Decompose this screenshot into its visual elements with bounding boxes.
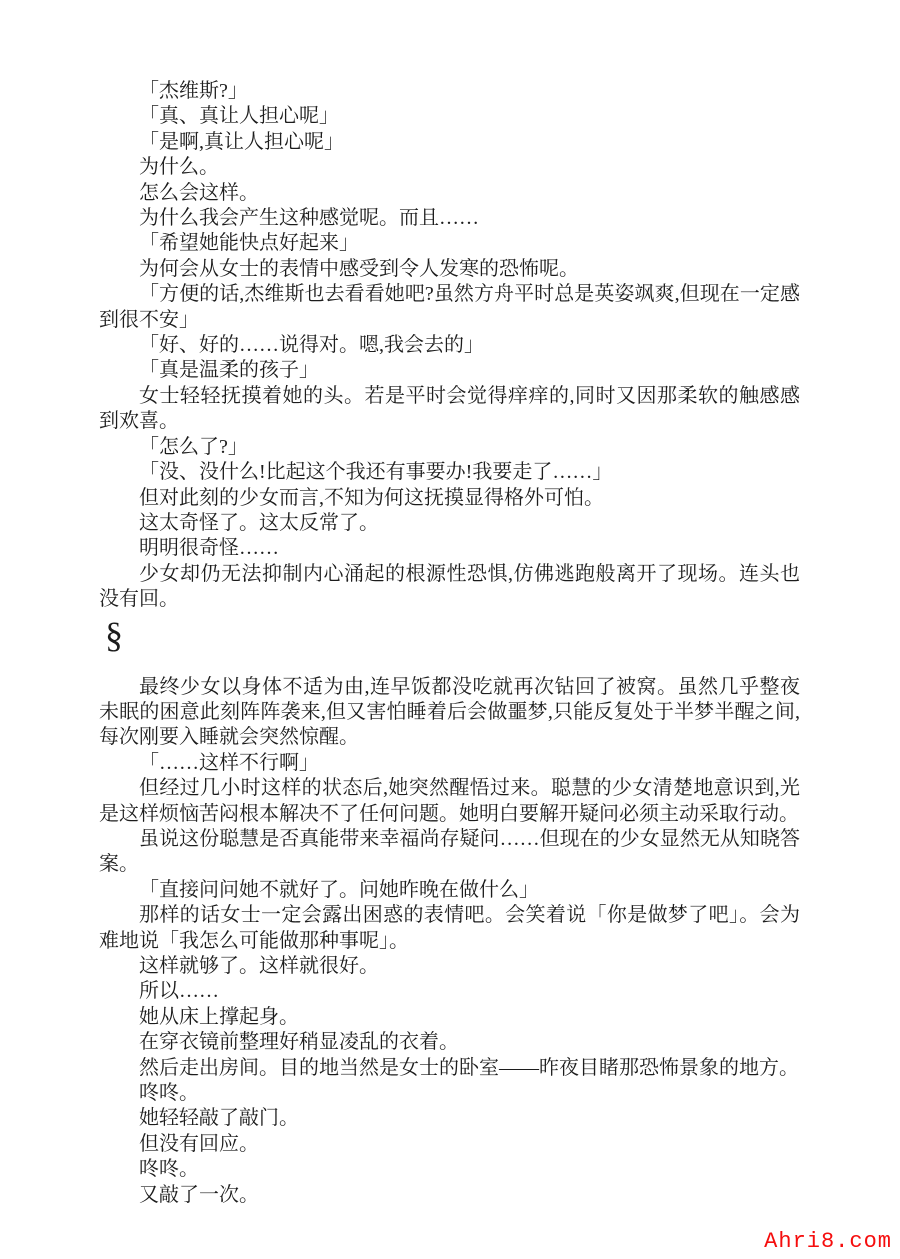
paragraph: 咚咚。 — [99, 1081, 800, 1106]
paragraph: 但经过几小时这样的状态后,她突然醒悟过来。聪慧的少女清楚地意识到,光是这样烦恼苦… — [99, 776, 800, 827]
paragraph: 为什么我会产生这种感觉呢。而且…… — [99, 206, 800, 231]
paragraph: 虽说这份聪慧是否真能带来幸福尚存疑问……但现在的少女显然无从知晓答案。 — [99, 827, 800, 878]
paragraph: 「没、没什么!比起这个我还有事要办!我要走了……」 — [99, 460, 800, 485]
watermark: Ahri8.com — [764, 1231, 892, 1253]
paragraph: 少女却仍无法抑制内心涌起的根源性恐惧,仿佛逃跑般离开了现场。连头也没有回。 — [99, 562, 800, 613]
paragraph: 「……这样不行啊」 — [99, 751, 800, 776]
paragraph: 然后走出房间。目的地当然是女士的卧室——昨夜目睹那恐怖景象的地方。 — [99, 1056, 800, 1081]
paragraph: 「真是温柔的孩子」 — [99, 358, 800, 383]
paragraph: 她轻轻敲了敲门。 — [99, 1106, 800, 1131]
paragraph: 她从床上撑起身。 — [99, 1005, 800, 1030]
paragraph: 「好、好的……说得对。嗯,我会去的」 — [99, 333, 800, 358]
paragraph: 「杰维斯?」 — [99, 79, 800, 104]
paragraph: 「希望她能快点好起来」 — [99, 231, 800, 256]
paragraph: 怎么会这样。 — [99, 181, 800, 206]
novel-page: 「杰维斯?」「真、真让人担心呢」「是啊,真让人担心呢」为什么。怎么会这样。为什么… — [0, 0, 900, 1259]
paragraph: 最终少女以身体不适为由,连早饭都没吃就再次钻回了被窝。虽然几乎整夜未眠的困意此刻… — [99, 675, 800, 751]
paragraph: 「是啊,真让人担心呢」 — [99, 130, 800, 155]
novel-text: 「杰维斯?」「真、真让人担心呢」「是啊,真让人担心呢」为什么。怎么会这样。为什么… — [99, 79, 800, 1208]
paragraph: 咚咚。 — [99, 1157, 800, 1182]
section-break-symbol: § — [99, 613, 800, 657]
paragraph: 「方便的话,杰维斯也去看看她吧?虽然方舟平时总是英姿飒爽,但现在一定感到很不安」 — [99, 282, 800, 333]
paragraph: 又敲了一次。 — [99, 1183, 800, 1208]
paragraph: 这太奇怪了。这太反常了。 — [99, 511, 800, 536]
paragraph: 为什么。 — [99, 155, 800, 180]
paragraph: 「真、真让人担心呢」 — [99, 104, 800, 129]
paragraph: 为何会从女士的表情中感受到令人发寒的恐怖呢。 — [99, 257, 800, 282]
paragraph: 明明很奇怪…… — [99, 536, 800, 561]
section-2: 最终少女以身体不适为由,连早饭都没吃就再次钻回了被窝。虽然几乎整夜未眠的困意此刻… — [99, 675, 800, 1209]
section-1: 「杰维斯?」「真、真让人担心呢」「是啊,真让人担心呢」为什么。怎么会这样。为什么… — [99, 79, 800, 613]
paragraph: 那样的话女士一定会露出困惑的表情吧。会笑着说「你是做梦了吧」。会为难地说「我怎么… — [99, 903, 800, 954]
paragraph: 在穿衣镜前整理好稍显凌乱的衣着。 — [99, 1030, 800, 1055]
paragraph: 「怎么了?」 — [99, 435, 800, 460]
paragraph: 这样就够了。这样就很好。 — [99, 954, 800, 979]
paragraph: 「直接问问她不就好了。问她昨晚在做什么」 — [99, 878, 800, 903]
paragraph: 所以…… — [99, 979, 800, 1004]
paragraph: 但对此刻的少女而言,不知为何这抚摸显得格外可怕。 — [99, 486, 800, 511]
paragraph: 女士轻轻抚摸着她的头。若是平时会觉得痒痒的,同时又因那柔软的触感感到欢喜。 — [99, 384, 800, 435]
paragraph: 但没有回应。 — [99, 1132, 800, 1157]
